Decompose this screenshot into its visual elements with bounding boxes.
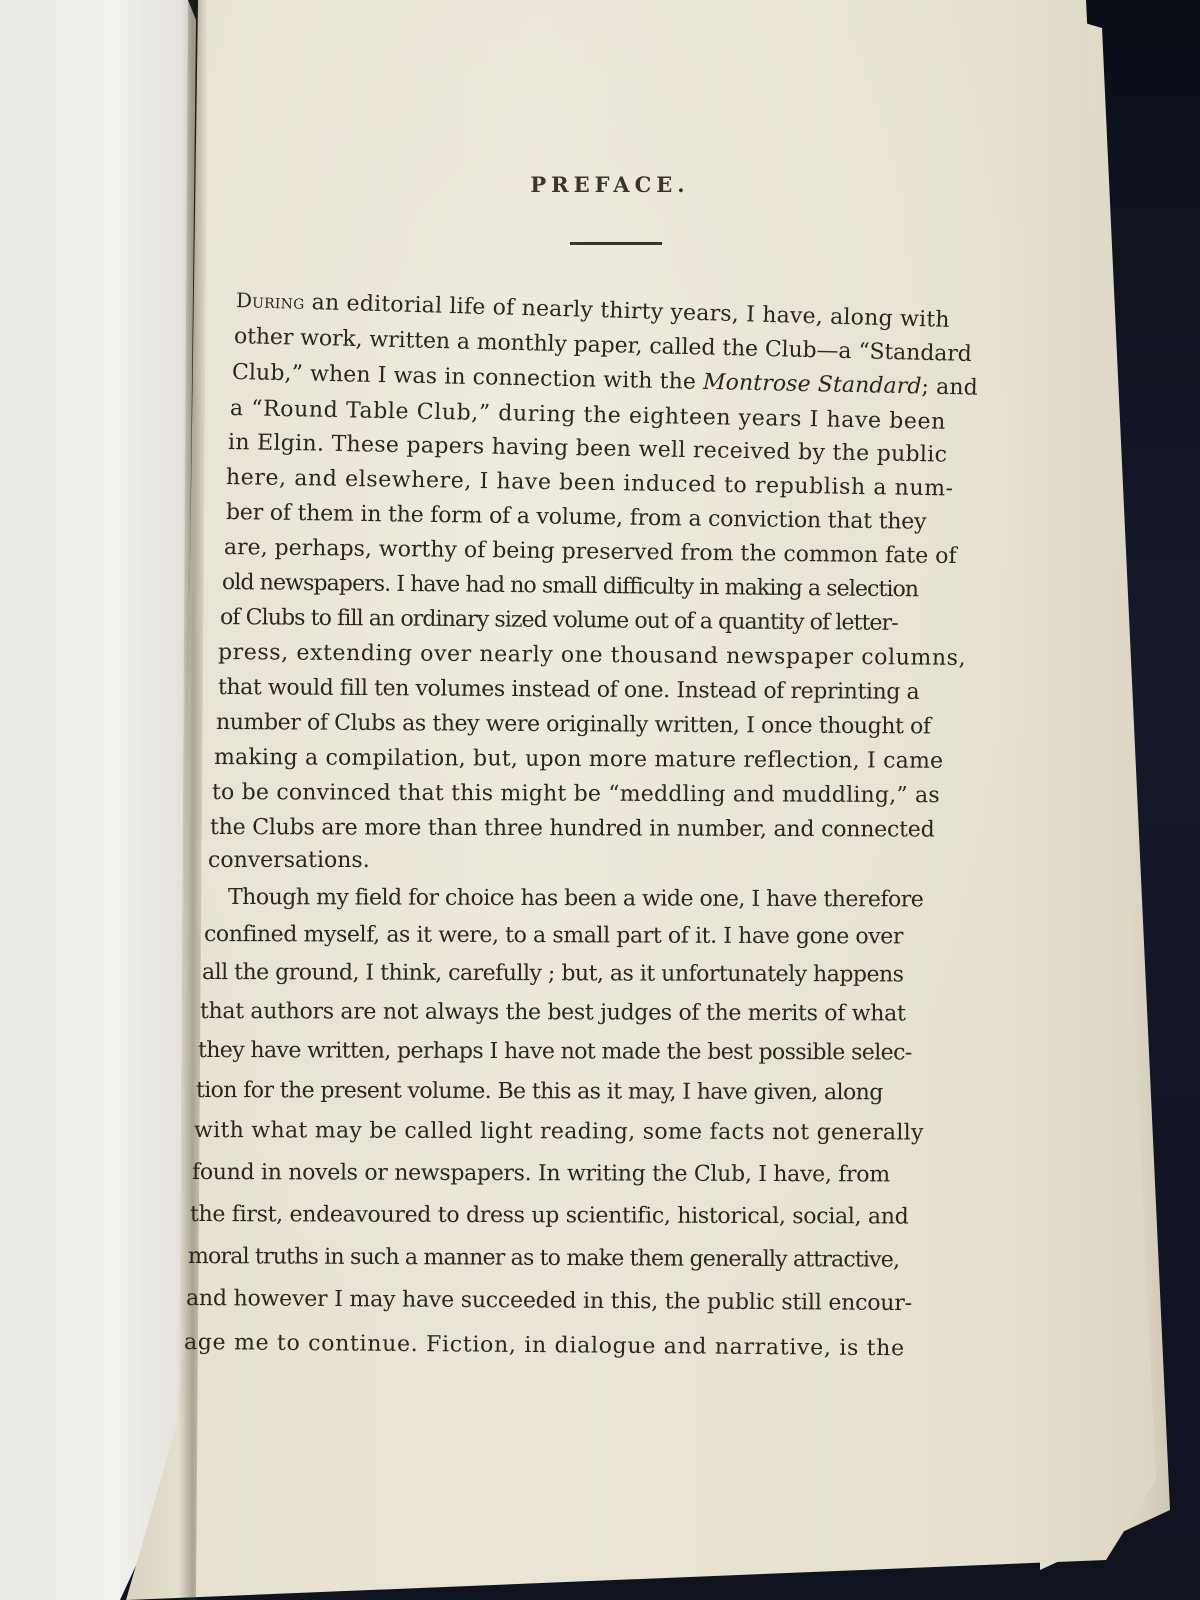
page-title: PREFACE. — [500, 172, 720, 197]
text-line: Though my field for choice has been a wi… — [228, 885, 923, 912]
italic-title: Montrose Standard — [703, 370, 922, 400]
page-text: PREFACE. During an editorial life of nea… — [0, 0, 1200, 1600]
text-line: a “Round Table Club,” during the eightee… — [230, 396, 946, 435]
text-line: of Clubs to fill an ordinary sized volum… — [220, 605, 898, 636]
text-line: ber of them in the form of a volume, fro… — [226, 500, 927, 535]
text-line: confined myself, as it were, to a small … — [204, 922, 903, 949]
text-line: they have written, perhaps I have not ma… — [198, 1038, 912, 1065]
text-line: old newspapers. I have had no small diff… — [222, 570, 918, 602]
text-line: conversations. — [208, 848, 370, 873]
text-line: age me to continue. Fiction, in dialogue… — [184, 1330, 905, 1361]
book-photo: PREFACE. During an editorial life of nea… — [0, 0, 1200, 1600]
text-line: and however I may have succeeded in this… — [186, 1286, 912, 1316]
text-line: the first, endeavoured to dress up scien… — [190, 1202, 909, 1230]
text-line: that authors are not always the best jud… — [200, 999, 906, 1026]
text-line: in Elgin. These papers having been well … — [228, 430, 948, 468]
text-line: to be convinced that this might be “medd… — [212, 780, 940, 808]
text-line: all the ground, I think, carefully ; but… — [202, 960, 904, 987]
text-line: found in novels or newspapers. In writin… — [192, 1160, 890, 1187]
text-line: Club,” when I was in connection with the… — [232, 360, 978, 401]
text-line: are, perhaps, worthy of being preserved … — [224, 535, 957, 569]
text-line: moral truths in such a manner as to make… — [188, 1244, 899, 1273]
text-line: the Clubs are more than three hundred in… — [210, 815, 935, 843]
text-line: making a compilation, but, upon more mat… — [214, 745, 943, 774]
text-line: press, extending over nearly one thousan… — [218, 640, 966, 671]
text-line: tion for the present volume. Be this as … — [196, 1078, 883, 1105]
text-line: with what may be called light reading, s… — [194, 1118, 924, 1146]
text-line: that would fill ten volumes instead of o… — [218, 675, 920, 705]
heading-rule — [570, 242, 662, 245]
dropcap-word: During — [236, 288, 305, 314]
text-line: number of Clubs as they were originally … — [216, 710, 931, 739]
text-line: here, and elsewhere, I have been induced… — [226, 465, 954, 501]
